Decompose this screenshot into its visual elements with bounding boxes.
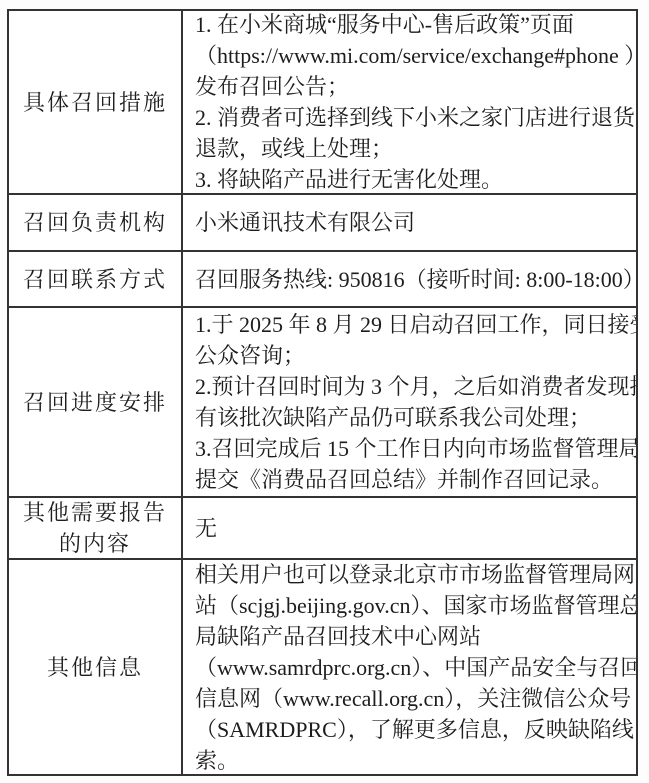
document-page: 具体召回措施1. 在小米商城“服务中心-售后政策”页面（https://www.…: [0, 0, 649, 783]
row-value-cell: 1.于 2025 年 8 月 29 日启动召回工作，同日接受公众咨询；2.预计召…: [183, 308, 636, 496]
table-row: 其他需要报告的内容无: [9, 498, 636, 560]
text-line: 无: [195, 513, 630, 544]
text-line: 站（scjgj.beijing.gov.cn）、国家市场监督管理总: [195, 590, 630, 621]
row-value-cell: 1. 在小米商城“服务中心-售后政策”页面（https://www.mi.com…: [183, 11, 636, 193]
text-line: 3.召回完成后 15 个工作日内向市场监督管理局: [195, 433, 630, 464]
row-label: 召回进度安排: [23, 387, 167, 418]
row-label-cell: 其他需要报告的内容: [9, 498, 183, 558]
row-label: 其他需要报告的内容: [12, 497, 178, 559]
table-row: 召回负责机构小米通讯技术有限公司: [9, 195, 636, 252]
text-line: （SAMRDPRC），了解更多信息，反映缺陷线: [195, 714, 630, 745]
row-label-cell: 具体召回措施: [9, 11, 183, 193]
row-label: 其他信息: [47, 652, 143, 683]
table-row: 其他信息相关用户也可以登录北京市市场监督管理局网站（scjgj.beijing.…: [9, 560, 636, 774]
text-line: 局缺陷产品召回技术中心网站: [195, 621, 630, 652]
text-line: 发布召回公告；: [195, 71, 630, 102]
text-line: （www.samrdprc.org.cn）、中国产品安全与召回: [195, 652, 630, 683]
row-value-cell: 无: [183, 498, 636, 558]
row-value-cell: 召回服务热线: 950816（接听时间: 8:00-18:00）: [183, 252, 636, 306]
row-value-cell: 小米通讯技术有限公司: [183, 195, 636, 250]
row-label-cell: 召回联系方式: [9, 252, 183, 306]
row-label-cell: 其他信息: [9, 560, 183, 774]
text-line: 1. 在小米商城“服务中心-售后政策”页面: [195, 11, 630, 40]
text-line: 2.预计召回时间为 3 个月，之后如消费者发现持: [195, 371, 630, 402]
row-label-cell: 召回进度安排: [9, 308, 183, 496]
row-label: 召回负责机构: [23, 207, 167, 238]
recall-info-table: 具体召回措施1. 在小米商城“服务中心-售后政策”页面（https://www.…: [7, 9, 638, 776]
row-value-cell: 相关用户也可以登录北京市市场监督管理局网站（scjgj.beijing.gov.…: [183, 560, 636, 774]
table-row: 召回联系方式召回服务热线: 950816（接听时间: 8:00-18:00）: [9, 252, 636, 308]
text-line: 小米通讯技术有限公司: [195, 207, 630, 238]
row-label: 召回联系方式: [23, 264, 167, 295]
text-line: 信息网（www.recall.org.cn），关注微信公众号: [195, 683, 630, 714]
text-line: 索。: [195, 745, 630, 775]
text-line: 退款，或线上处理；: [195, 133, 630, 164]
row-label: 具体召回措施: [23, 87, 167, 118]
row-label-cell: 召回负责机构: [9, 195, 183, 250]
text-line: 2. 消费者可选择到线下小米之家门店进行退货: [195, 102, 630, 133]
text-line: 有该批次缺陷产品仍可联系我公司处理；: [195, 402, 630, 433]
text-line: 提交《消费品召回总结》并制作召回记录。: [195, 464, 630, 495]
text-line: （https://www.mi.com/service/exchange#pho…: [195, 40, 630, 71]
text-line: 1.于 2025 年 8 月 29 日启动召回工作，同日接受: [195, 309, 630, 340]
table-row: 召回进度安排1.于 2025 年 8 月 29 日启动召回工作，同日接受公众咨询…: [9, 308, 636, 498]
text-line: 相关用户也可以登录北京市市场监督管理局网: [195, 560, 630, 590]
text-line: 3. 将缺陷产品进行无害化处理。: [195, 164, 630, 193]
text-line: 公众咨询；: [195, 340, 630, 371]
table-row: 具体召回措施1. 在小米商城“服务中心-售后政策”页面（https://www.…: [9, 11, 636, 195]
text-line: 召回服务热线: 950816（接听时间: 8:00-18:00）: [195, 264, 630, 295]
